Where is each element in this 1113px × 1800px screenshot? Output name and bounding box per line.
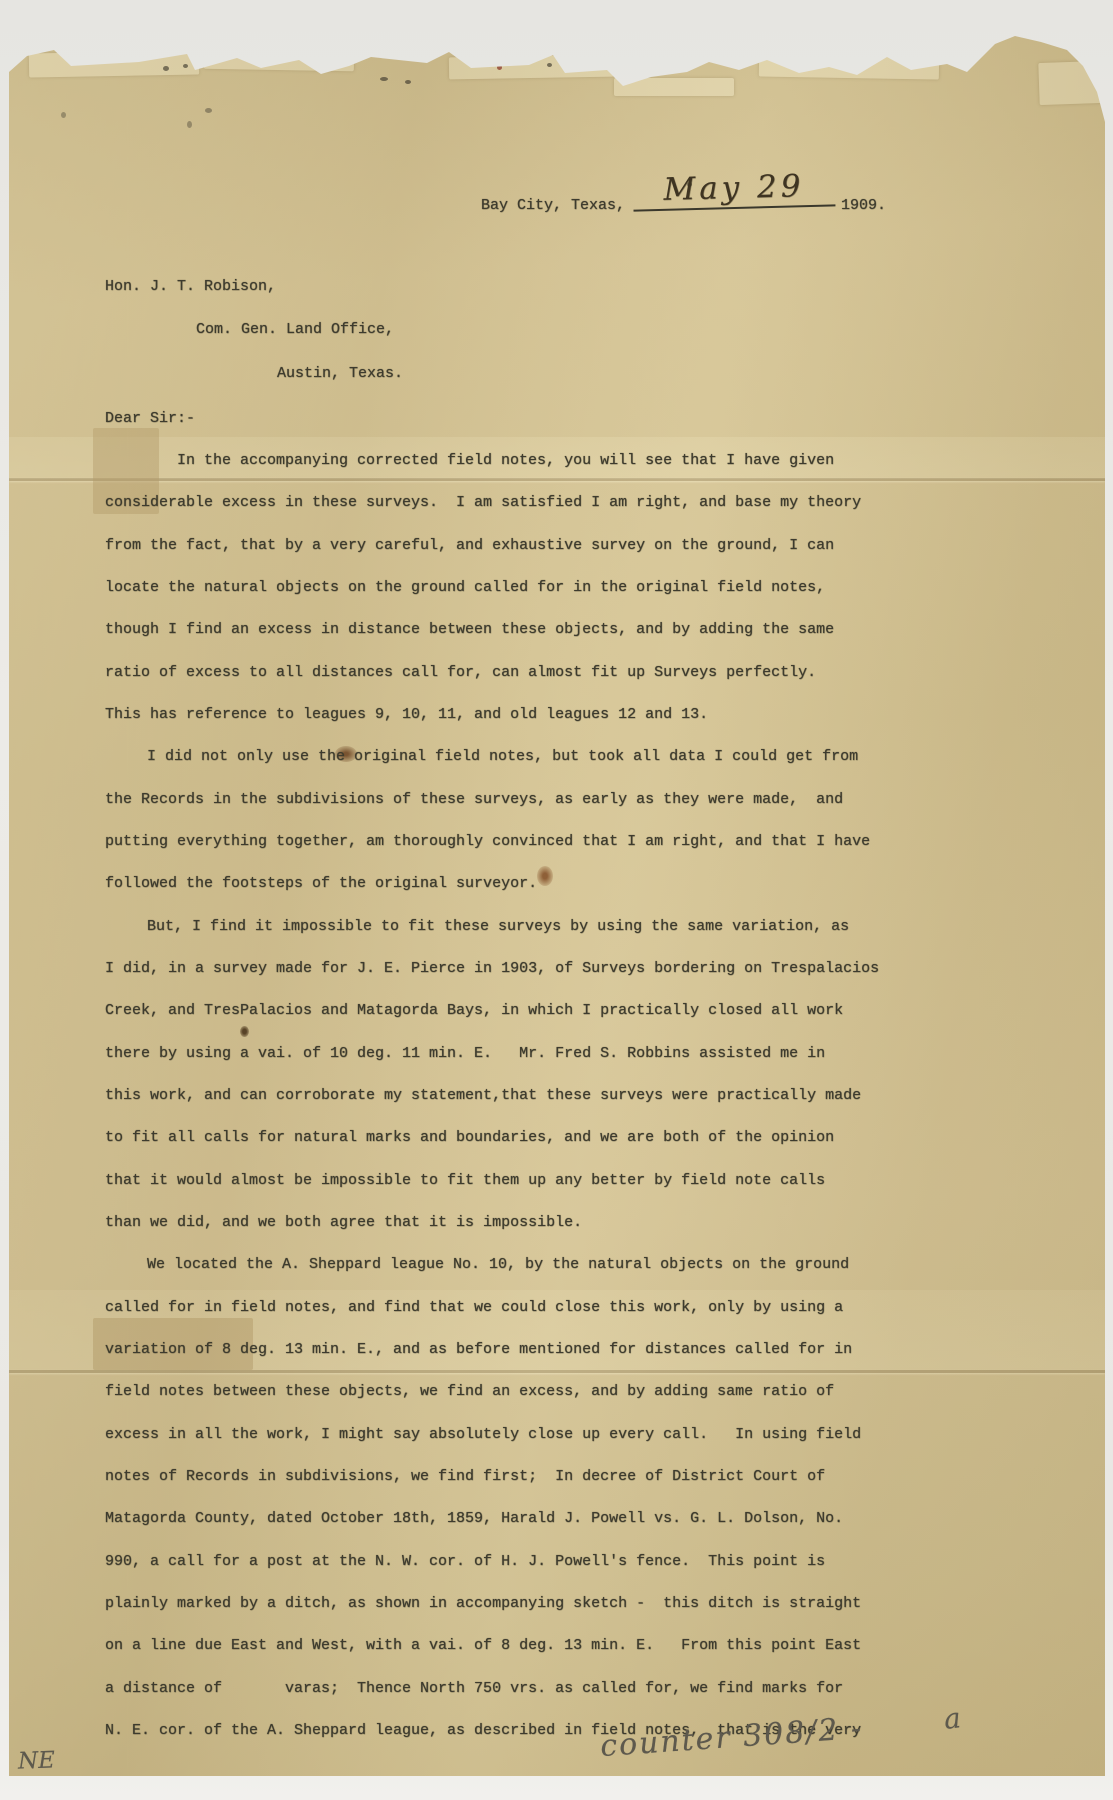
body-line: that it would almost be impossible to fi… — [105, 1171, 825, 1190]
scanned-letter-page: { "header": { "place_label": "Bay City, … — [0, 0, 1113, 1800]
recipient-city: Austin, Texas. — [277, 364, 403, 383]
ink-speck — [497, 65, 502, 70]
body-line: called for in field notes, and find that… — [105, 1298, 843, 1317]
body-line: followed the footsteps of the original s… — [105, 874, 537, 893]
tape-strip — [449, 55, 614, 80]
dateline-year: 1909. — [841, 196, 886, 215]
body-line: to fit all calls for natural marks and b… — [105, 1128, 834, 1147]
tape-strip — [759, 52, 939, 79]
body-line: though I find an excess in distance betw… — [105, 620, 834, 639]
body-line: this work, and can corroborate my statem… — [105, 1086, 861, 1105]
body-line: This has reference to leagues 9, 10, 11,… — [105, 705, 708, 724]
body-line: ratio of excess to all distances call fo… — [105, 663, 816, 682]
body-line: putting everything together, am thorough… — [105, 832, 870, 851]
fold-crease — [9, 478, 1105, 481]
body-line: I did not only use the original field no… — [147, 747, 858, 766]
body-line: I did, in a survey made for J. E. Pierce… — [105, 959, 879, 978]
recipient-name: Hon. J. T. Robison, — [105, 277, 276, 296]
body-line: 990, a call for a post at the N. W. cor.… — [105, 1552, 825, 1571]
body-line: locate the natural objects on the ground… — [105, 578, 825, 597]
ink-speck — [163, 66, 169, 71]
pencil-annotation-left: NE — [18, 1747, 56, 1774]
body-line: notes of Records in subdivisions, we fin… — [105, 1467, 825, 1486]
pencil-mark — [61, 112, 66, 118]
ink-speck — [290, 34, 299, 56]
tape-strip — [614, 78, 734, 96]
stain — [240, 1026, 249, 1037]
body-line: We located the A. Sheppard league No. 10… — [147, 1255, 849, 1274]
handwritten-date: May 29 — [633, 167, 836, 211]
body-line: from the fact, that by a very careful, a… — [105, 536, 834, 555]
body-line: on a line due East and West, with a vai.… — [105, 1636, 861, 1655]
tape-strip — [1038, 61, 1101, 105]
body-line: Creek, and TresPalacios and Matagorda Ba… — [105, 1001, 843, 1020]
body-line: Matagorda County, dated October 18th, 18… — [105, 1509, 843, 1528]
body-line: the Records in the subdivisions of these… — [105, 790, 843, 809]
body-line: excess in all the work, I might say abso… — [105, 1425, 861, 1444]
recipient-office: Com. Gen. Land Office, — [196, 320, 394, 339]
tape-strip — [29, 51, 199, 78]
pencil-mark — [205, 108, 212, 113]
ink-speck — [108, 52, 113, 56]
salutation: Dear Sir:- — [105, 409, 195, 428]
pencil-annotation-right: a — [942, 1701, 962, 1736]
stain — [537, 866, 553, 886]
body-line: field notes between these objects, we fi… — [105, 1382, 834, 1401]
tape-strip — [204, 47, 354, 72]
pencil-mark — [187, 121, 192, 128]
fold-crease — [9, 1370, 1105, 1373]
ink-speck — [547, 63, 552, 67]
body-line: variation of 8 deg. 13 min. E., and as b… — [105, 1340, 852, 1359]
body-line: than we did, and we both agree that it i… — [105, 1213, 582, 1232]
ink-speck — [380, 77, 388, 81]
body-line: In the accompanying corrected field note… — [177, 451, 834, 470]
ink-speck — [405, 80, 411, 84]
body-line: a distance of varas; Thence North 750 vr… — [105, 1679, 843, 1698]
body-line: there by using a vai. of 10 deg. 11 min.… — [105, 1044, 825, 1063]
dateline-place: Bay City, Texas, — [481, 196, 625, 215]
body-line: considerable excess in these surveys. I … — [105, 493, 861, 512]
ink-speck — [183, 64, 188, 68]
body-line: But, I find it impossible to fit these s… — [147, 917, 849, 936]
body-line: plainly marked by a ditch, as shown in a… — [105, 1594, 861, 1613]
